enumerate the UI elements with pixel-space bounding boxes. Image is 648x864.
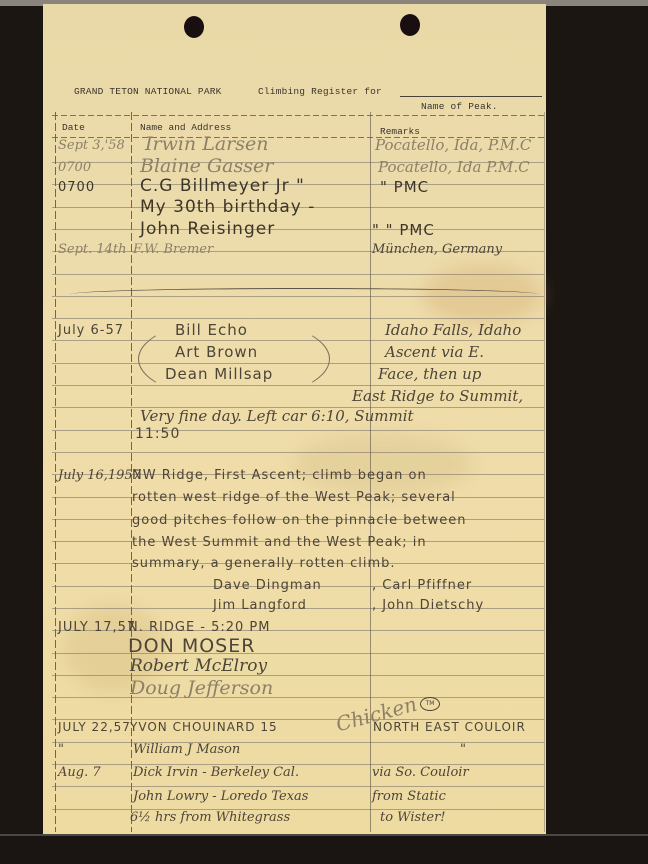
- ruled-line: [52, 274, 544, 275]
- entry-remarks: ": [460, 742, 466, 757]
- entry-remarks: via So. Couloir: [372, 765, 469, 780]
- entry-remarks: Pocatello, Ida P.M.C: [378, 158, 530, 176]
- right-margin-rule: [544, 112, 545, 832]
- entry-name: Dean Millsap: [165, 365, 273, 383]
- entry-name: John Lowry - Loredo Texas: [133, 789, 308, 804]
- entry-date: JULY 17,57: [58, 620, 136, 635]
- entry-remarks: Idaho Falls, Idaho: [385, 321, 521, 339]
- ruled-line: [52, 430, 544, 431]
- entry-name: Jim Langford: [213, 598, 307, 613]
- entry-name: C.G Billmeyer Jr ": [140, 176, 305, 196]
- ruled-line: [52, 452, 544, 453]
- entry-date: Sept. 14th: [58, 242, 127, 257]
- trademark-circle: TM: [420, 697, 440, 711]
- entry-name: N. RIDGE - 5:20 PM: [128, 620, 271, 635]
- park-name: GRAND TETON NATIONAL PARK: [74, 86, 222, 97]
- entry-name: Dave Dingman: [213, 578, 322, 593]
- punch-hole-right: [400, 14, 420, 36]
- entry-remarks: " PMC: [380, 178, 429, 196]
- entry-name: Doug Jefferson: [130, 677, 273, 699]
- register-title: Climbing Register for: [258, 86, 382, 97]
- entry-remarks: NORTH EAST COULOIR: [373, 720, 526, 734]
- entry-name: John Reisinger: [140, 219, 275, 239]
- background-bottom: [0, 836, 648, 864]
- peak-name-line: [400, 96, 542, 97]
- entry-name: Robert McElroy: [130, 656, 267, 676]
- ruled-line: [52, 809, 544, 810]
- entry-date: Sept 3,'58: [58, 138, 125, 153]
- entry-name: good pitches follow on the pinnacle betw…: [132, 513, 466, 528]
- entry-name: My 30th birthday -: [140, 197, 315, 217]
- ruled-line: [52, 742, 544, 743]
- entry-date: July 16,1957: [58, 468, 141, 483]
- entry-remarks: from Static: [372, 789, 446, 804]
- entry-name: 6½ hrs from Whitegrass: [130, 810, 290, 825]
- entry-date: JULY 22,57: [58, 720, 131, 734]
- entry-name: summary, a generally rotten climb.: [132, 556, 396, 571]
- entry-name: Blaine Gasser: [140, 155, 273, 177]
- entry-remarks: Face, then up: [378, 365, 481, 383]
- entry-remarks: , John Dietschy: [372, 598, 484, 613]
- entry-name: Dick Irvin - Berkeley Cal.: [133, 765, 299, 780]
- entry-remarks: East Ridge to Summit,: [352, 387, 523, 405]
- entry-name: Art Brown: [175, 343, 258, 361]
- entry-name: Irwin Larsen: [145, 133, 268, 155]
- column-header-date: Date: [62, 122, 85, 133]
- entry-name: DON MOSER: [128, 635, 255, 657]
- entry-name: William J Mason: [133, 742, 240, 757]
- divider-swoosh: [70, 288, 540, 301]
- entry-remarks: " " PMC: [372, 221, 435, 239]
- entry-date: ": [58, 742, 64, 757]
- entry-name: rotten west ridge of the West Peak; seve…: [132, 490, 456, 505]
- entry-name: Bill Echo: [175, 321, 248, 339]
- date-column-left-rule: [55, 112, 56, 832]
- column-header-name: Name and Address: [140, 122, 231, 133]
- entry-name: Very fine day. Left car 6:10, Summit: [140, 407, 414, 425]
- entry-name: 11:50: [135, 426, 180, 442]
- entry-remarks: , Carl Pfiffner: [372, 578, 472, 593]
- entry-name: F.W. Bremer: [133, 242, 213, 257]
- punch-hole-left: [184, 16, 204, 38]
- entry-name: NW Ridge, First Ascent; climb began on: [132, 468, 427, 483]
- ruled-line: [52, 229, 544, 230]
- entry-name: YVON CHOUINARD 15: [130, 720, 278, 734]
- stain: [293, 434, 473, 494]
- ruled-line: [52, 697, 544, 698]
- entry-date: July 6-57: [58, 323, 124, 338]
- entry-name: the West Summit and the West Peak; in: [132, 535, 427, 550]
- entry-date: 0700: [58, 180, 95, 195]
- entry-remarks: Ascent via E.: [385, 343, 484, 361]
- entry-date: Aug. 7: [58, 765, 101, 780]
- ruled-line: [52, 786, 544, 787]
- ruled-line: [52, 675, 544, 676]
- entry-date: 0700: [58, 160, 91, 175]
- header-rule: [52, 115, 544, 116]
- peak-name-label: Name of Peak.: [421, 101, 498, 112]
- entry-remarks: Pocatello, Ida, P.M.C: [375, 136, 531, 154]
- entry-remarks: to Wister!: [380, 810, 446, 825]
- entry-remarks: München, Germany: [372, 242, 502, 257]
- ruled-line: [52, 653, 544, 654]
- ruled-line: [52, 318, 544, 319]
